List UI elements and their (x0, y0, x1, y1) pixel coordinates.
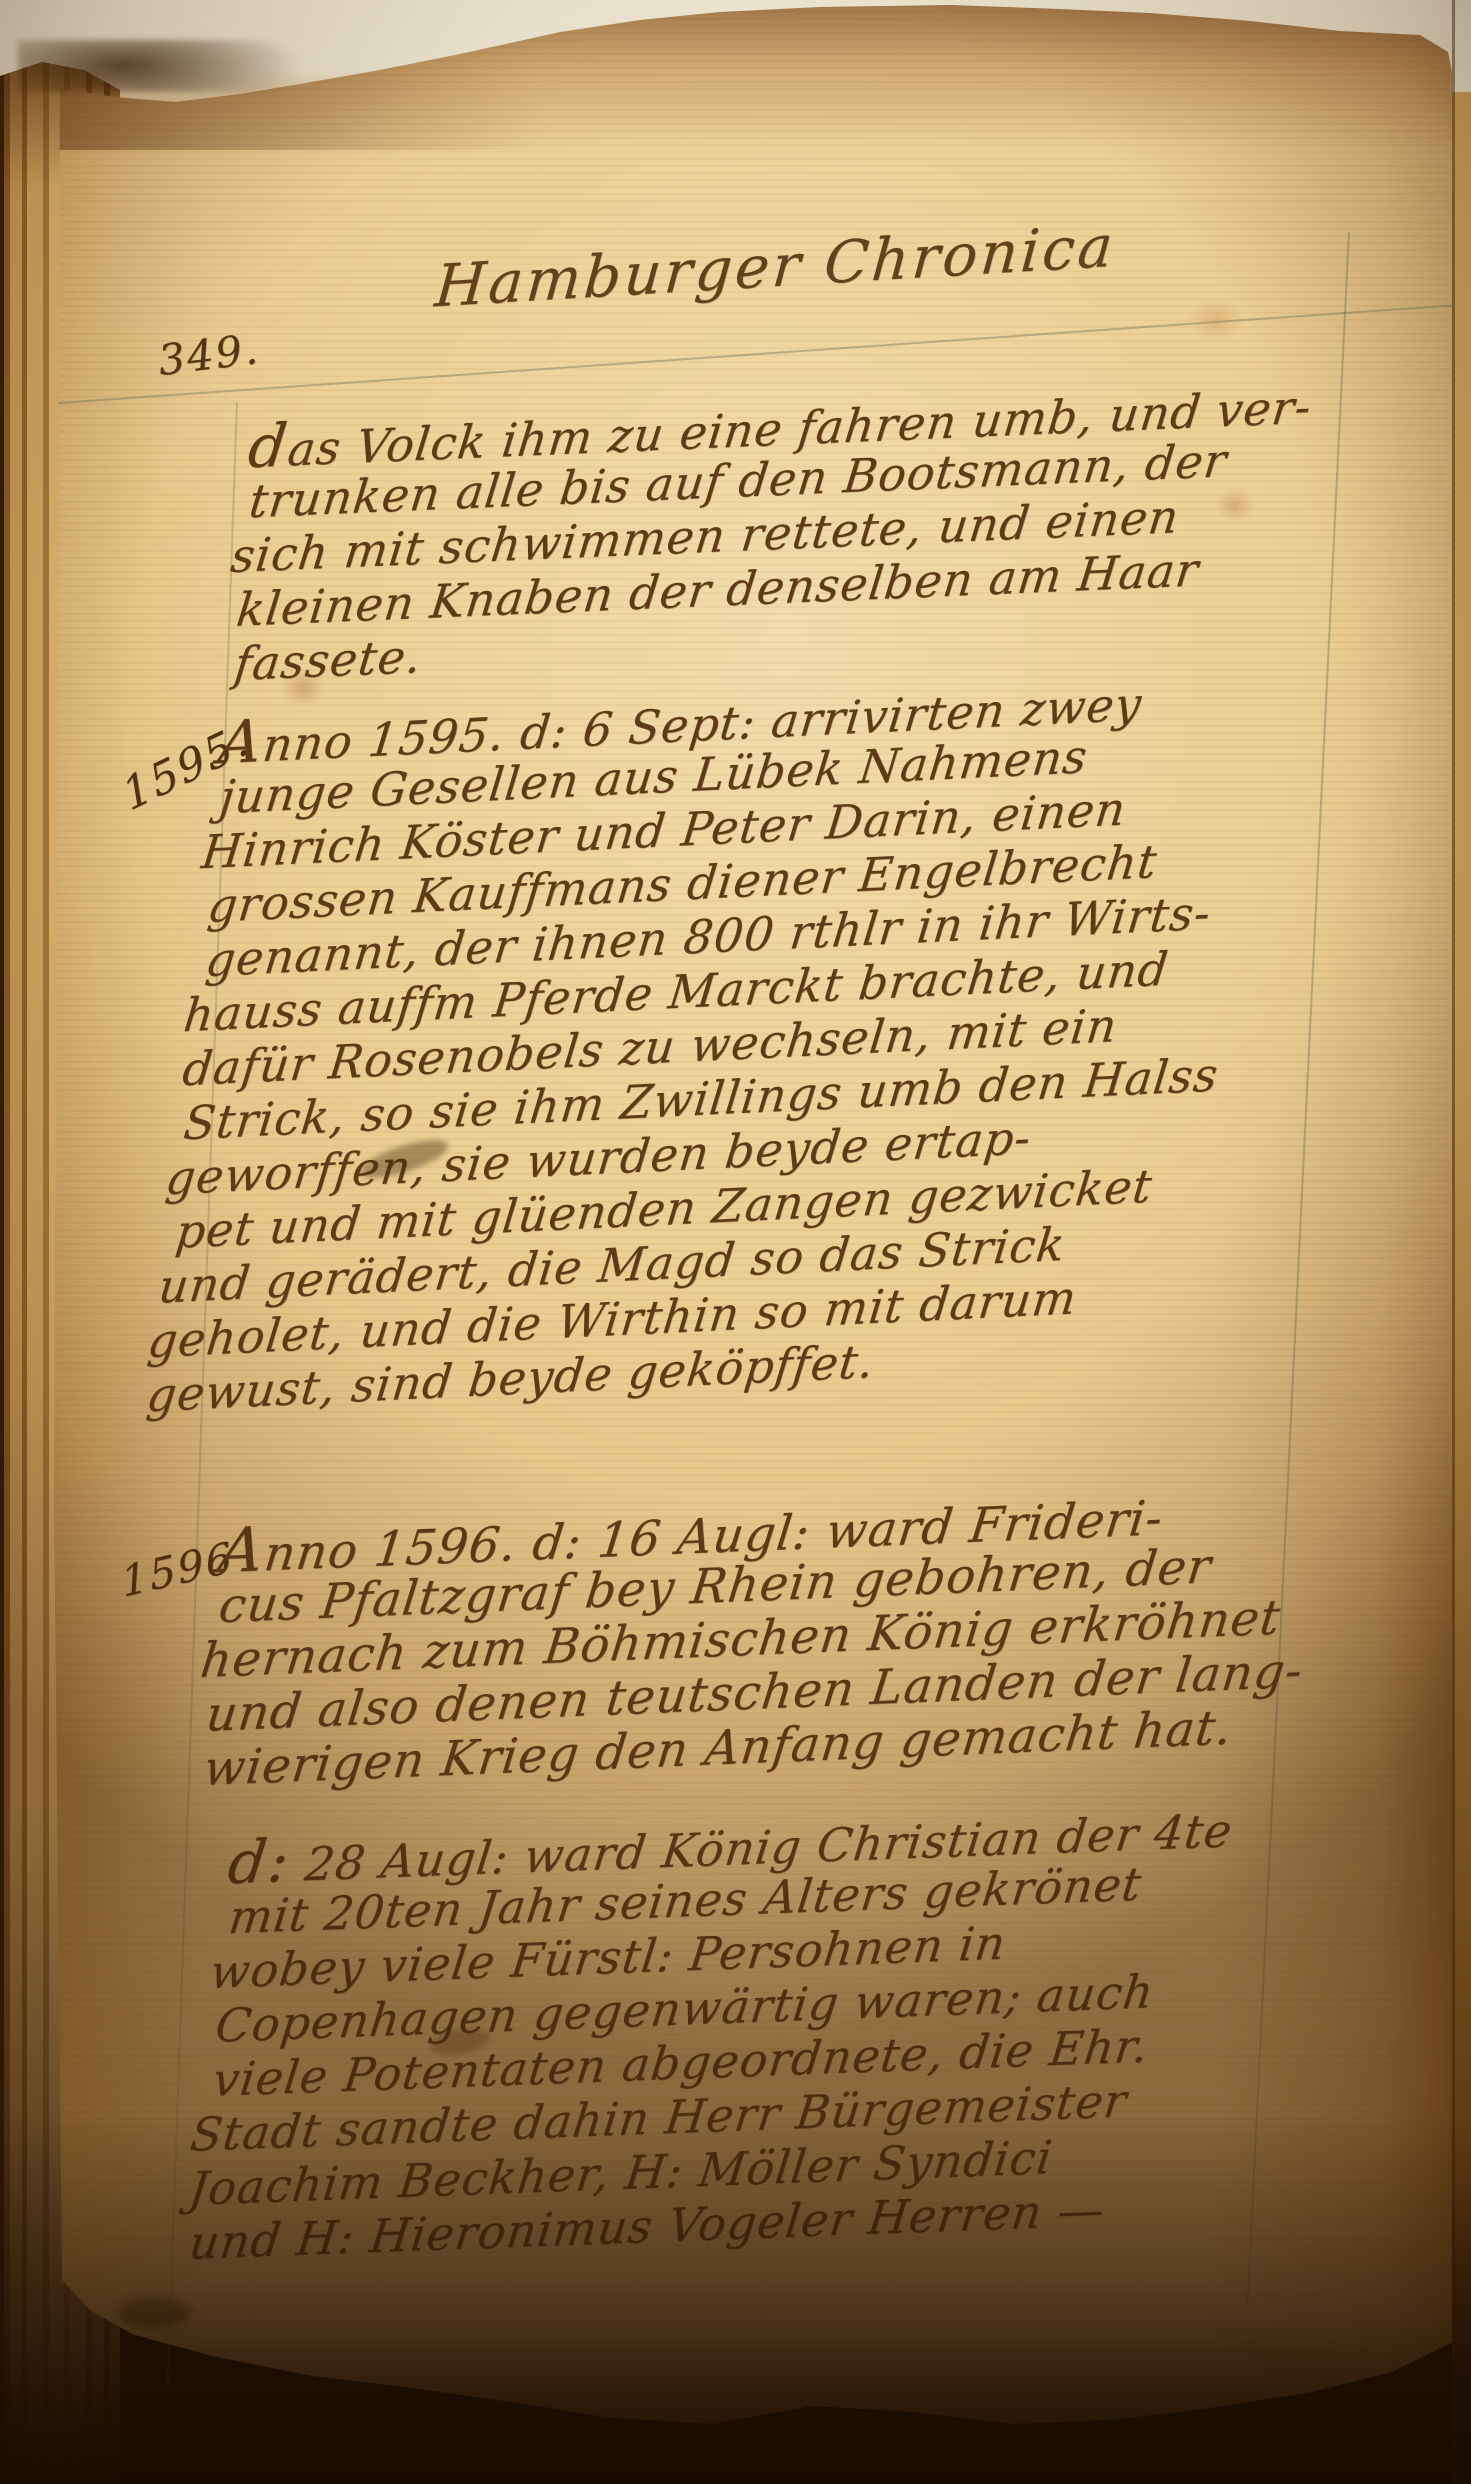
aged-bottom-edge (52, 2314, 1464, 2484)
paragraph-anno-1596-birth: Anno 1596. d: 16 Augl: ward Frideri-cus … (190, 1480, 1318, 1796)
paragraph-1596-coronation: d: 28 Augl: ward König Christian der 4te… (179, 1799, 1236, 2270)
paragraph-anno-1595: Anno 1595. d: 6 Sept: arrivirten zweyjun… (144, 667, 1256, 1422)
right-page-fold-edge (1452, 0, 1471, 2484)
ink-blotch-top-left (18, 40, 318, 92)
paragraph-continuation: das Volck ihm zu eine fahren umb, und ve… (221, 375, 1316, 691)
manuscript-photo: Hamburger Chronica 349. 1595. 1596 das V… (0, 0, 1471, 2484)
